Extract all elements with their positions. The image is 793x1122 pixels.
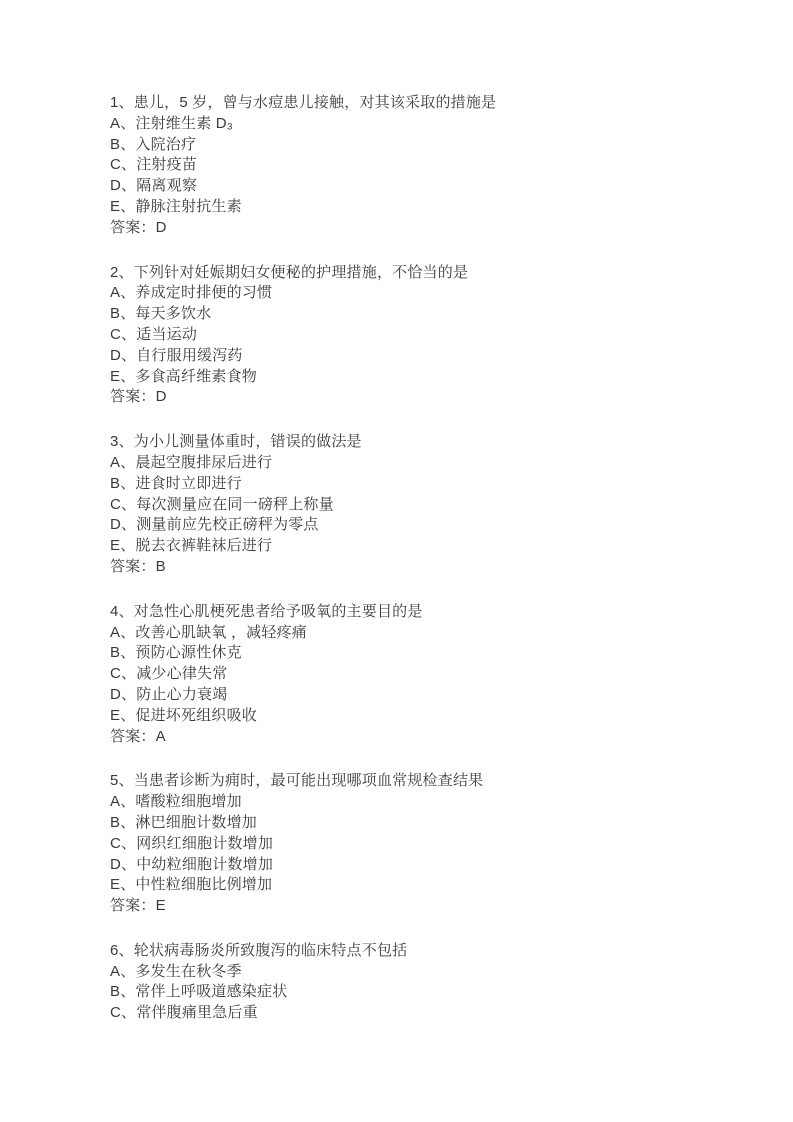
option-line: B、进食时立即进行 [110,474,723,495]
question-block: 1、患儿，5 岁，曾与水痘患儿接触，对其该采取的措施是 A、注射维生素 D₃ B… [110,93,723,239]
option-line: C、适当运动 [110,325,723,346]
question-stem: 1、患儿，5 岁，曾与水痘患儿接触，对其该采取的措施是 [110,93,723,114]
question-stem: 6、轮状病毒肠炎所致腹泻的临床特点不包括 [110,941,723,962]
answer-line: 答案：E [110,896,723,917]
option-line: A、晨起空腹排尿后进行 [110,453,723,474]
option-line: D、自行服用缓泻药 [110,346,723,367]
question-block: 4、对急性心肌梗死患者给予吸氧的主要目的是 A、改善心肌缺氧 ，减轻疼痛 B、预… [110,602,723,748]
option-line: E、多食高纤维素食物 [110,367,723,388]
option-line: A、注射维生素 D₃ [110,114,723,135]
option-line: E、促进坏死组织吸收 [110,706,723,727]
option-line: A、养成定时排便的习惯 [110,283,723,304]
option-line: E、中性粒细胞比例增加 [110,875,723,896]
option-line: A、改善心肌缺氧 ，减轻疼痛 [110,623,723,644]
question-block: 2、下列针对妊娠期妇女便秘的护理措施，不恰当的是 A、养成定时排便的习惯 B、每… [110,263,723,409]
option-line: B、淋巴细胞计数增加 [110,813,723,834]
question-stem: 4、对急性心肌梗死患者给予吸氧的主要目的是 [110,602,723,623]
option-line: C、每次测量应在同一磅秤上称量 [110,495,723,516]
option-line: D、测量前应先校正磅秤为零点 [110,515,723,536]
option-line: D、中幼粒细胞计数增加 [110,855,723,876]
answer-line: 答案：A [110,727,723,748]
document-page: 1、患儿，5 岁，曾与水痘患儿接触，对其该采取的措施是 A、注射维生素 D₃ B… [0,0,793,1122]
answer-line: 答案：B [110,557,723,578]
option-line: B、预防心源性休克 [110,643,723,664]
answer-line: 答案：D [110,218,723,239]
answer-line: 答案：D [110,387,723,408]
option-line: D、隔离观察 [110,176,723,197]
question-stem: 2、下列针对妊娠期妇女便秘的护理措施，不恰当的是 [110,263,723,284]
option-line: B、常伴上呼吸道感染症状 [110,982,723,1003]
option-line: A、嗜酸粒细胞增加 [110,792,723,813]
option-line: E、静脉注射抗生素 [110,197,723,218]
question-block: 6、轮状病毒肠炎所致腹泻的临床特点不包括 A、多发生在秋冬季 B、常伴上呼吸道感… [110,941,723,1024]
question-block: 3、为小儿测量体重时，错误的做法是 A、晨起空腹排尿后进行 B、进食时立即进行 … [110,432,723,578]
question-block: 5、当患者诊断为痈时，最可能出现哪项血常规检查结果 A、嗜酸粒细胞增加 B、淋巴… [110,771,723,917]
option-line: C、常伴腹痛里急后重 [110,1003,723,1024]
option-line: B、入院治疗 [110,135,723,156]
option-line: E、脱去衣裤鞋袜后进行 [110,536,723,557]
option-line: D、防止心力衰竭 [110,685,723,706]
option-line: C、注射疫苗 [110,155,723,176]
question-stem: 3、为小儿测量体重时，错误的做法是 [110,432,723,453]
option-line: C、网织红细胞计数增加 [110,834,723,855]
option-line: A、多发生在秋冬季 [110,962,723,983]
option-line: B、每天多饮水 [110,304,723,325]
option-line: C、减少心律失常 [110,664,723,685]
question-stem: 5、当患者诊断为痈时，最可能出现哪项血常规检查结果 [110,771,723,792]
